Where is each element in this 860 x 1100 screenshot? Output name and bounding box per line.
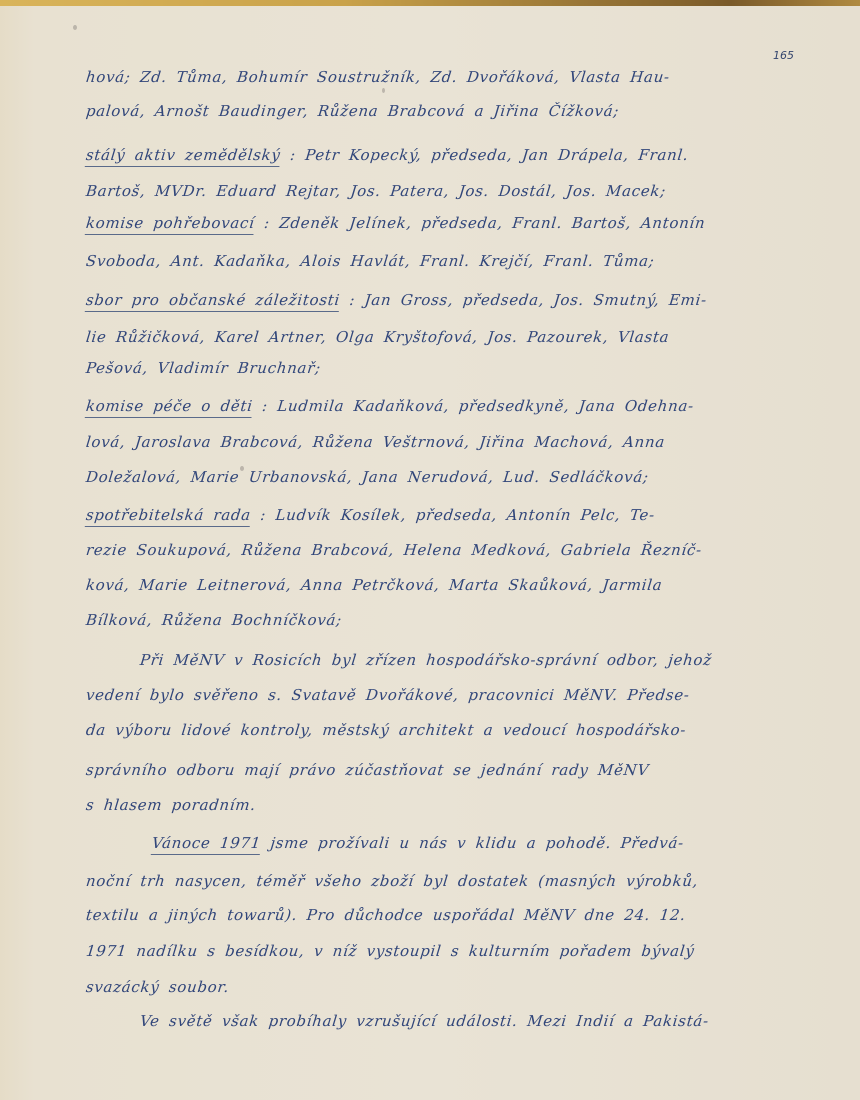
section-heading: stálý aktiv zemědělský xyxy=(85,146,282,164)
line-text: jsme prožívali u nás v klidu a pohodě. P… xyxy=(260,834,685,852)
chronicle-page: 165 hová; Zd. Tůma, Bohumír Soustružník,… xyxy=(0,6,860,1100)
text-line: spotřebitelská rada : Ludvík Kosílek, př… xyxy=(0,506,860,524)
line-text: : Ludvík Kosílek, předseda, Antonín Pelc… xyxy=(250,506,656,524)
section-heading: spotřebitelská rada xyxy=(85,506,252,524)
paper-blemish xyxy=(73,25,77,30)
text-line: lie Růžičková, Karel Artner, Olga Kryšto… xyxy=(0,328,860,346)
line-text: Svoboda, Ant. Kadaňka, Alois Havlát, Fra… xyxy=(85,252,655,270)
text-line: 1971 nadílku s besídkou, v níž vystoupil… xyxy=(0,942,860,960)
line-text: Bartoš, MVDr. Eduard Rejtar, Jos. Patera… xyxy=(85,182,667,200)
line-text: svazácký soubor. xyxy=(85,978,230,996)
line-text: rezie Soukupová, Růžena Brabcová, Helena… xyxy=(85,541,703,559)
line-text: textilu a jiných towarů). Pro důchodce u… xyxy=(85,906,687,924)
text-line: noční trh nasycen, téměř všeho zboží byl… xyxy=(0,872,860,890)
line-text: s hlasem poradním. xyxy=(85,796,257,814)
text-line: svazácký soubor. xyxy=(0,978,860,996)
line-text: hová; Zd. Tůma, Bohumír Soustružník, Zd.… xyxy=(85,68,671,86)
text-line: ková, Marie Leitnerová, Anna Petrčková, … xyxy=(0,576,860,594)
text-line: Svoboda, Ant. Kadaňka, Alois Havlát, Fra… xyxy=(0,252,860,270)
text-line: Pešová, Vladimír Bruchnař; xyxy=(0,359,860,377)
text-line: vedení bylo svěřeno s. Svatavě Dvořákové… xyxy=(0,686,860,704)
text-line: lová, Jaroslava Brabcová, Růžena Veštrno… xyxy=(0,433,860,451)
line-text: lová, Jaroslava Brabcová, Růžena Veštrno… xyxy=(85,433,666,451)
text-line: Doležalová, Marie Urbanovská, Jana Nerud… xyxy=(0,468,860,486)
line-text: 1971 nadílku s besídkou, v níž vystoupil… xyxy=(85,942,695,960)
text-line: palová, Arnošt Baudinger, Růžena Brabcov… xyxy=(0,102,860,120)
text-line: Při MěNV v Rosicích byl zřízen hospodářs… xyxy=(0,651,860,669)
text-line: hová; Zd. Tůma, Bohumír Soustružník, Zd.… xyxy=(0,68,860,86)
line-text: : Petr Kopecký, předseda, Jan Drápela, F… xyxy=(280,146,690,164)
text-line: da výboru lidové kontroly, městský archi… xyxy=(0,721,860,739)
line-text: : Ludmila Kadaňková, předsedkyně, Jana O… xyxy=(252,397,695,415)
line-text: Bílková, Růžena Bochníčková; xyxy=(85,611,343,629)
text-line: komise pohřebovací : Zdeněk Jelínek, pře… xyxy=(0,214,860,232)
line-text: Doležalová, Marie Urbanovská, Jana Nerud… xyxy=(85,468,650,486)
text-line: rezie Soukupová, Růžena Brabcová, Helena… xyxy=(0,541,860,559)
page-number: 165 xyxy=(773,49,794,62)
section-heading: Vánoce 1971 xyxy=(151,834,262,852)
text-line: Bartoš, MVDr. Eduard Rejtar, Jos. Patera… xyxy=(0,182,860,200)
line-text: Ve světě však probíhaly vzrušující událo… xyxy=(139,1012,710,1030)
text-line: Vánoce 1971 jsme prožívali u nás v klidu… xyxy=(0,834,860,852)
line-text: správního odboru mají právo zúčastňovat … xyxy=(85,761,650,779)
line-text: noční trh nasycen, téměř všeho zboží byl… xyxy=(85,872,699,890)
text-line: textilu a jiných towarů). Pro důchodce u… xyxy=(0,906,860,924)
text-line: stálý aktiv zemědělský : Petr Kopecký, p… xyxy=(0,146,860,164)
text-line: s hlasem poradním. xyxy=(0,796,860,814)
paper-blemish xyxy=(382,88,385,93)
line-text: palová, Arnošt Baudinger, Růžena Brabcov… xyxy=(85,102,620,120)
text-line: Ve světě však probíhaly vzrušující událo… xyxy=(0,1012,860,1030)
line-text: : Zdeněk Jelínek, předseda, Franl. Barto… xyxy=(254,214,707,232)
text-line: sbor pro občanské záležitosti : Jan Gros… xyxy=(0,291,860,309)
line-text: Pešová, Vladimír Bruchnař; xyxy=(85,359,322,377)
line-text: lie Růžičková, Karel Artner, Olga Kryšto… xyxy=(85,328,670,346)
line-text: da výboru lidové kontroly, městský archi… xyxy=(85,721,687,739)
text-line: komise péče o děti : Ludmila Kadaňková, … xyxy=(0,397,860,415)
section-heading: komise pohřebovací xyxy=(85,214,256,232)
line-text: ková, Marie Leitnerová, Anna Petrčková, … xyxy=(85,576,663,594)
section-heading: sbor pro občanské záležitosti xyxy=(85,291,341,309)
line-text: : Jan Gross, předseda, Jos. Smutný, Emi- xyxy=(339,291,708,309)
line-text: Při MěNV v Rosicích byl zřízen hospodářs… xyxy=(139,651,713,669)
text-line: Bílková, Růžena Bochníčková; xyxy=(0,611,860,629)
line-text: vedení bylo svěřeno s. Svatavě Dvořákové… xyxy=(85,686,691,704)
section-heading: komise péče o děti xyxy=(85,397,254,415)
text-line: správního odboru mají právo zúčastňovat … xyxy=(0,761,860,779)
